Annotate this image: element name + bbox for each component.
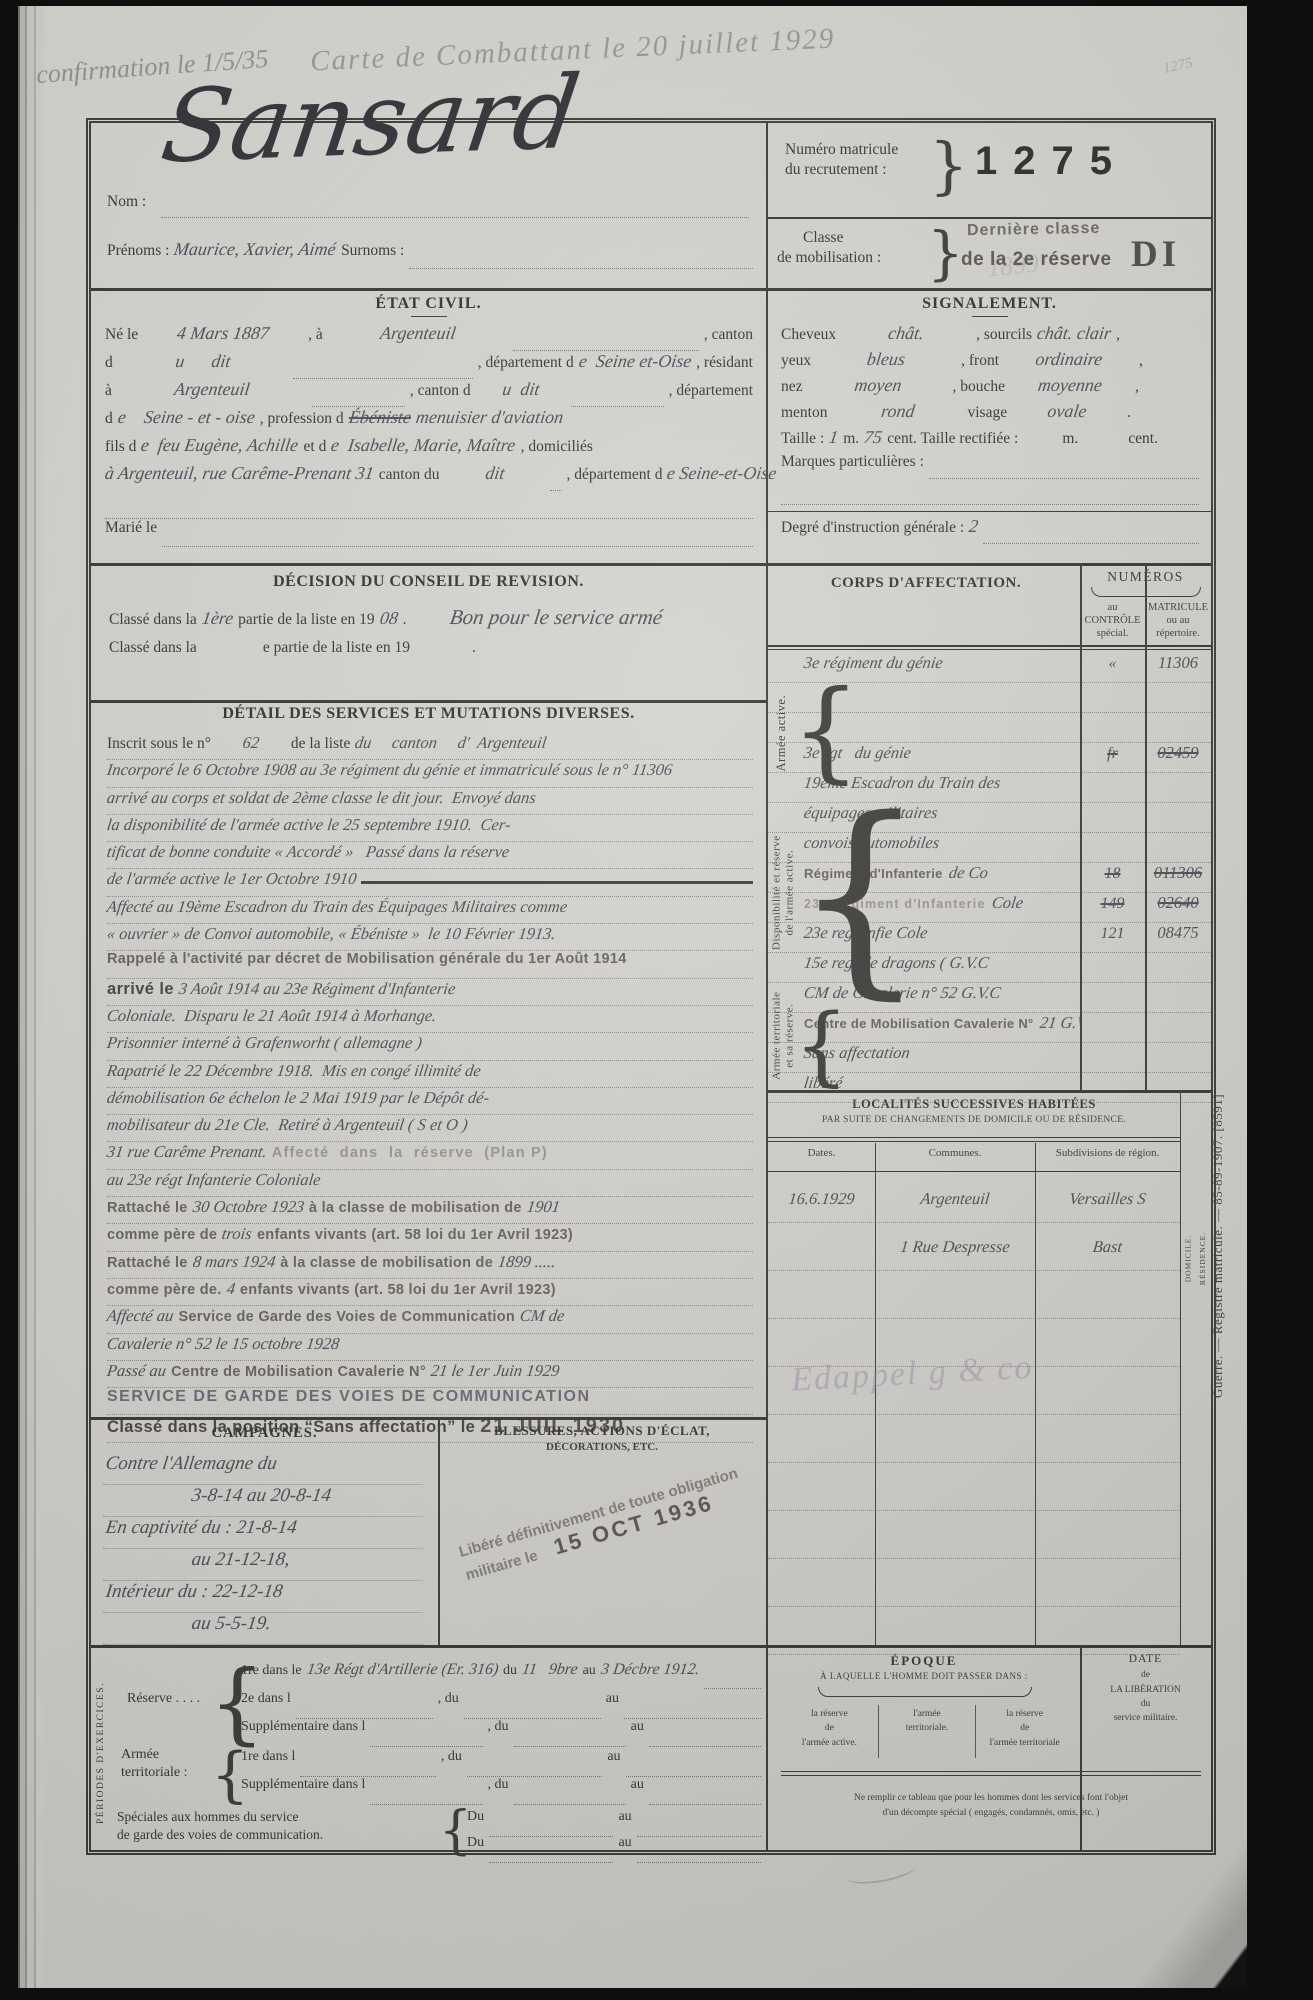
stacked-line: de [978, 1721, 1071, 1735]
nom-dotted-line [161, 191, 749, 218]
text-segment: au [607, 1749, 620, 1765]
text-segment: 8 mars 1924 [191, 1252, 276, 1272]
text-segment: . [472, 639, 476, 657]
text-segment: Affecté au [106, 1306, 175, 1326]
campagnes-title: CAMPAGNES. [91, 1425, 438, 1442]
form-line [105, 491, 753, 519]
form-line: Cavalerie n° 52 le 15 octobre 1928 [107, 1334, 753, 1361]
stacked-line: spécial. [1082, 627, 1143, 640]
matricule-number-cell: 02459 [1145, 743, 1211, 763]
text-segment: 30 Octobre 1923 [191, 1197, 305, 1217]
text-segment: Supplémentaire dans l [241, 1777, 365, 1793]
reserve-label: Réserve . . . . [127, 1691, 200, 1707]
text-segment: au 23e régt Infanterie Coloniale [106, 1170, 322, 1190]
epoque-brace [818, 1687, 1032, 1697]
form-line: Affecté au 19ème Escadron du Train des É… [107, 897, 753, 924]
text-segment [571, 379, 664, 407]
text-segment: , département [669, 382, 753, 400]
text-segment [467, 1749, 602, 1777]
form-line: comme père detroisenfants vivants (art. … [107, 1224, 753, 1251]
text-segment: au [631, 1777, 644, 1793]
localites-row [768, 1415, 1180, 1463]
text-segment: nez [781, 378, 803, 396]
text-segment [649, 1719, 761, 1747]
text-segment [624, 1691, 761, 1719]
matricule-label-2: du recrutement : [785, 161, 887, 179]
text-segment: , résidant [696, 354, 753, 372]
territoriale-label-1: Armée [121, 1747, 159, 1763]
territoriale-brace: { [794, 1003, 849, 1089]
periode-row-3: Supplémentaire dans l, duau [241, 1719, 761, 1747]
etat-civil-title: ÉTAT CIVIL. [91, 295, 766, 317]
text-segment: arrivé le [107, 980, 174, 999]
text-segment: d [105, 354, 113, 372]
text-segment: de l'armée active le 1er Octobre 1910 [106, 869, 358, 889]
corps-affectation-title: CORPS D'AFFECTATION. [791, 575, 1061, 592]
matricule-number-cell: 011306 [1145, 863, 1211, 883]
stacked-line: l'armée active. [783, 1736, 876, 1750]
text-segment: Cavalerie n° 52 le 15 octobre 1928 [106, 1334, 341, 1354]
epoque-note-line1: Ne remplir ce tableau que pour les homme… [777, 1791, 1205, 1806]
text-segment: mobilisateur du 21e Cle. Retiré à Argent… [106, 1115, 469, 1135]
text-segment [296, 1691, 433, 1719]
text-segment: u dit [116, 351, 289, 372]
matricule-repertoire-header: MATRICULEou aurépertoire. [1147, 601, 1209, 640]
decision-bottom-rule [91, 700, 766, 703]
localites-row [768, 1271, 1180, 1319]
text-segment: Cole [990, 893, 1024, 913]
page-corner-curl [1132, 1838, 1247, 1988]
handwritten-line: au 5-5-19. [103, 1613, 427, 1645]
localites-rows: 16.6.1929ArgenteuilVersailles S1 Rue Des… [768, 1175, 1180, 1655]
decision-title: DÉCISION DU CONSEIL DE REVISION. [91, 573, 766, 591]
text-segment [312, 379, 405, 407]
form-line: arrivé le3 Août 1914 au 23e Régiment d'I… [107, 979, 753, 1006]
stacked-line: du [1080, 1697, 1211, 1711]
text-segment: cent. Taille rectifiée : [887, 430, 1018, 448]
periode-row-2: 2e dans l, duau [241, 1691, 761, 1719]
form-line: Marié le [105, 519, 753, 547]
text-segment: Incorporé le 6 Octobre 1908 au 3e régime… [106, 760, 674, 780]
form-line: Classé dans la1èrepartie de la liste en … [109, 605, 751, 639]
text-segment [649, 1777, 761, 1805]
text-segment: à Argenteuil, rue Carême-Prenant 31 [104, 463, 376, 484]
services-lines: Inscrit sous le n°62de la listedu canton… [107, 733, 753, 1443]
form-line: Né le4 Mars 1887, àArgenteuil, canton [105, 323, 753, 351]
text-segment [513, 323, 699, 351]
form-line: Passé auCentre de Mobilisation Cavalerie… [107, 1361, 753, 1388]
bottom-section-rule [91, 1645, 1211, 1648]
form-line: nezmoyen, bouchemoyenne, [781, 375, 1199, 401]
text-segment: , sourcils [976, 326, 1032, 344]
localites-col-communes: Communes. [875, 1147, 1035, 1159]
controle-number-cell: 121 [1080, 925, 1145, 943]
form-line: Inscrit sous le n°62de la listedu canton… [107, 733, 753, 760]
handwritten-line: 3-8-14 au 20-8-14 [103, 1485, 427, 1517]
classe-label-1: Classe [803, 229, 843, 247]
text-segment: Du [467, 1809, 484, 1825]
text-segment [464, 1691, 601, 1719]
text-segment: 1899 ..... [497, 1252, 558, 1272]
text-segment: Rattaché le [107, 1200, 188, 1216]
text-segment [550, 463, 562, 491]
periode-row-4: 1re dans l, duau [241, 1749, 761, 1777]
text-segment: 2e dans l [241, 1691, 291, 1707]
matricule-classe-divider [768, 217, 1211, 219]
form-line: àArgenteuil, canton du dit, département [105, 379, 753, 407]
text-segment [704, 1661, 761, 1689]
text-segment: trois [221, 1224, 253, 1244]
text-segment: « ouvrier » de Convoi automobile, « Ébén… [106, 924, 557, 944]
form-line: démobilisation 6e échelon le 2 Mai 1919 … [107, 1088, 753, 1115]
text-segment: Marques particulières : [781, 453, 924, 471]
form-line: mobilisateur du 21e Cle. Retiré à Argent… [107, 1115, 753, 1142]
localites-cell: Argenteuil [874, 1189, 1036, 1209]
form-line: Prisonnier interné à Grafenworht ( allem… [107, 1033, 753, 1060]
epoque-subcols: la réservedel'armée active.l'arméeterrit… [781, 1705, 1073, 1758]
form-line: Rattaché le8 mars 1924à la classe de mob… [107, 1252, 753, 1279]
text-segment: 1re dans le [241, 1663, 302, 1679]
text-segment: , à [308, 326, 323, 344]
etat-civil-bottom-rule [91, 563, 1211, 566]
text-segment: , du [488, 1777, 509, 1793]
text-segment: yeux [781, 352, 811, 370]
form-line: Rappelé à l'activité par décret de Mobil… [107, 951, 753, 978]
matricule-form: Nom : Sansard Prénoms :Maurice, Xavier, … [86, 118, 1216, 1855]
degre-instruction-line: Degré d'instruction générale :2 [781, 516, 1199, 544]
form-line: Rapatrié le 22 Décembre 1918. Mis en con… [107, 1061, 753, 1088]
text-segment: visage [968, 404, 1008, 422]
text-segment: , bouche [953, 378, 1006, 396]
text-segment: , du [488, 1719, 509, 1735]
text-segment: Affecté au 19ème Escadron du Train des É… [106, 897, 569, 917]
text-segment: Rattaché le [107, 1255, 188, 1271]
text-segment: ovale [1011, 401, 1124, 422]
localites-subtitle: PAR SUITE DE CHANGEMENTS DE DOMICILE OU … [768, 1115, 1180, 1125]
text-segment: 2 [968, 516, 980, 537]
text-segment: Rappelé à l'activité par décret de Mobil… [107, 951, 627, 967]
handwritten-line: En captivité du : 21-8-14 [103, 1517, 427, 1549]
localites-row [768, 1511, 1180, 1559]
text-segment: bleus [815, 349, 958, 370]
text-segment [293, 351, 473, 379]
register-page: confirmation le 1/5/35 Carte de Combatta… [18, 6, 1247, 1988]
text-segment: 1 [828, 427, 840, 448]
text-segment [514, 1777, 626, 1805]
matricule-label-1: Numéro matricule [785, 141, 898, 159]
text-segment: Service de Garde des Voies de Communicat… [178, 1309, 515, 1325]
form-line: la disponibilité de l'armée active le 25… [107, 815, 753, 842]
form-line: fils de feu Eugène, Achilleet de Isabell… [105, 435, 753, 463]
epoque-note-line2: d'un décompte spécial ( engagés, condamn… [777, 1806, 1205, 1821]
periode-row-7: Duau [467, 1835, 761, 1863]
localites-title: LOCALITÉS SUCCESSIVES HABITÉES [768, 1097, 1180, 1112]
matricule-number-cell: 11306 [1145, 653, 1211, 673]
periodes-vlabel: PÉRIODES D'EXERCICES. [96, 1682, 106, 1824]
text-segment: comme père de [107, 1227, 217, 1243]
localites-row [768, 1463, 1180, 1511]
form-line: Cheveuxchât., sourcilschât. clair, [781, 323, 1199, 349]
handwritten-line: au 21-12-18, [103, 1549, 427, 1581]
stacked-line: au [1082, 601, 1143, 614]
text-segment: m. [843, 430, 859, 448]
disponibilite-brace: { [793, 791, 927, 1001]
text-segment: 08 [378, 608, 399, 629]
prenoms-line: Prénoms :Maurice, Xavier, AiméSurnoms : [107, 239, 753, 269]
localites-colhead-rule [768, 1171, 1180, 1172]
scan-background: confirmation le 1/5/35 Carte de Combatta… [0, 0, 1313, 2000]
text-segment: au [631, 1719, 644, 1735]
text-segment: à [105, 382, 112, 400]
classe-label-2: de mobilisation : [777, 249, 881, 267]
text-segment [983, 516, 1199, 544]
text-segment: , canton d [410, 382, 471, 400]
text-segment: moyen [806, 375, 949, 396]
text-segment: 1re dans l [241, 1749, 295, 1765]
form-line: Affecté auService de Garde des Voies de … [107, 1306, 753, 1333]
text-segment: , département d [567, 466, 663, 484]
text-segment: Prénoms : [107, 242, 169, 260]
form-line: tificat de bonne conduite « Accordé » Pa… [107, 842, 753, 869]
text-segment: démobilisation 6e échelon le 2 Mai 1919 … [106, 1088, 491, 1108]
form-line: Coloniale. Disparu le 21 Août 1914 à Mor… [107, 1006, 753, 1033]
text-segment [370, 1719, 482, 1747]
text-segment: 4 Mars 1887 [142, 323, 305, 344]
corps-bottom-rule [768, 1090, 1211, 1093]
text-segment: Affecté dans la réserve (Plan P) [272, 1145, 548, 1161]
text-segment: , [1116, 326, 1120, 344]
text-segment: 11 9bre [521, 1661, 579, 1679]
text-segment: enfants vivants (art. 58 loi du 1er Avri… [240, 1282, 556, 1298]
text-segment: 31 rue Carême Prenant. [106, 1142, 269, 1162]
text-segment: Surnoms : [341, 242, 404, 260]
text-segment: Argenteuil [115, 379, 308, 400]
text-segment [105, 491, 753, 519]
text-segment: CM de [519, 1306, 566, 1326]
header-bottom-rule [91, 288, 1211, 291]
text-segment: au [618, 1809, 631, 1825]
epoque-subtitle: À LAQUELLE L'HOMME DOIT PASSER DANS : [768, 1671, 1080, 1681]
form-line: du dit, département de Seine et-Oise, ré… [105, 351, 753, 379]
text-segment: Taille : [781, 430, 824, 448]
services-title: DÉTAIL DES SERVICES ET MUTATIONS DIVERSE… [91, 705, 766, 723]
epoque-note: Ne remplir ce tableau que pour les homme… [777, 1791, 1205, 1821]
localites-row: 1 Rue DespresseBast [768, 1223, 1180, 1271]
controle-number-cell: « [1080, 655, 1145, 673]
stacked-line: la réserve [783, 1707, 876, 1721]
localites-title-rule2 [768, 1141, 1180, 1142]
text-segment [637, 1809, 761, 1837]
surname-handwritten: Sansard [155, 53, 587, 185]
localites-row: 16.6.1929ArgenteuilVersailles S [768, 1175, 1180, 1223]
speciales-label-1: Spéciales aux hommes du service [117, 1809, 298, 1825]
text-segment: et d [304, 438, 327, 456]
epoque-subcol: la réservedel'armée territoriale [976, 1705, 1073, 1758]
text-segment: . [1127, 404, 1131, 422]
text-segment: fils d [105, 438, 136, 456]
stacked-line: Disponibilité et réserve [770, 836, 783, 951]
stacked-line: CONTRÔLE [1082, 614, 1143, 627]
text-segment: partie de la liste en 19 [238, 611, 374, 629]
signalement-lines: Cheveuxchât., sourcilschât. clair,yeuxbl… [781, 323, 1199, 505]
stacked-line: territoriale. [881, 1721, 974, 1735]
blessures-title: BLESSURES, ACTIONS D'ÉCLAT, [438, 1423, 766, 1439]
controle-special-header: auCONTRÔLEspécial. [1082, 601, 1143, 640]
text-segment [489, 1835, 613, 1863]
periode-row-5: Supplémentaire dans l, duau [241, 1777, 761, 1805]
form-line: de Seine - et - oise, profession dÉbénis… [105, 407, 753, 435]
text-segment: e Seine et-Oise [577, 351, 692, 372]
text-segment: Coloniale. Disparu le 21 Août 1914 à Mor… [106, 1006, 438, 1026]
text-segment [409, 239, 753, 269]
services-bottom-rule [91, 1417, 766, 1420]
text-segment: 1901 [525, 1197, 561, 1217]
text-segment: Centre de Mobilisation Cavalerie N° [171, 1364, 426, 1380]
text-segment: Argenteuil [326, 323, 509, 344]
residence-vlabel-wrap: RÉSIDENCE. [1195, 1183, 1211, 1333]
text-segment: 13e Régt d'Artillerie (Er. 316) [305, 1661, 499, 1679]
localites-col-subdivisions: Subdivisions de région. [1035, 1147, 1180, 1159]
disponibilite-vlabel: Disponibilité et réservede l'armée activ… [770, 836, 795, 951]
text-segment: enfants vivants (art. 58 loi du 1er Avri… [257, 1227, 573, 1243]
stacked-line: répertoire. [1147, 627, 1209, 640]
epoque-subcol: la réservedel'armée active. [781, 1705, 879, 1758]
text-segment: SERVICE DE GARDE DES VOIES DE COMMUNICAT… [107, 1388, 591, 1406]
liberation-stamp: Libéré définitivement de toute obligatio… [457, 1459, 767, 1586]
text-segment: au [583, 1663, 596, 1679]
text-segment: menuisier d'aviation [414, 407, 564, 428]
text-segment: comme père de. [107, 1282, 222, 1298]
stacked-line: de [1080, 1668, 1211, 1682]
text-segment: au [606, 1691, 619, 1707]
text-segment: à la classe de mobilisation de [280, 1255, 493, 1271]
domicile-vlabel-wrap: DOMICILE. [1180, 1183, 1196, 1333]
form-line: à Argenteuil, rue Carême-Prenant 31canto… [105, 463, 753, 491]
controle-number-cell: 149 [1080, 895, 1145, 913]
text-segment: , profession d [260, 410, 344, 428]
text-segment: Passé au [106, 1361, 168, 1381]
text-segment: 21 G.V.C [1038, 1013, 1080, 1033]
text-segment: Classé dans la [109, 611, 197, 629]
text-segment: au [618, 1835, 631, 1851]
text-segment [514, 1719, 626, 1747]
form-line: Taille :1m.75cent. Taille rectifiée :m.c… [781, 427, 1199, 453]
text-segment: tificat de bonne conduite « Accordé » Pa… [106, 842, 511, 862]
pencil-squiggle [845, 1856, 917, 1888]
text-segment: . [403, 611, 407, 629]
stacked-line: l'armée [881, 1707, 974, 1721]
text-segment: Classé dans la [109, 639, 197, 657]
localites-cell: Bast [1034, 1237, 1181, 1257]
text-segment: e Seine-et-Oise [666, 463, 778, 484]
text-segment: , domiciliés [521, 438, 593, 456]
text-segment: ordinaire [1003, 349, 1136, 370]
text-segment: m. [1062, 430, 1078, 448]
text-segment: Supplémentaire dans l [241, 1719, 365, 1735]
text-segment: 75 [863, 427, 884, 448]
text-segment [300, 1749, 435, 1777]
text-segment: , [1135, 378, 1139, 396]
speciales-label-2: de garde des voies de communication. [117, 1827, 323, 1843]
text-segment [929, 453, 1199, 479]
text-segment: de la liste [291, 735, 350, 753]
matricule-number: 1275 [975, 139, 1128, 184]
controle-number-cell: 18 [1080, 865, 1145, 883]
text-segment: arrivé au corps et soldat de 2ème classe… [106, 788, 538, 808]
decision-lines: Classé dans la1èrepartie de la liste en … [109, 605, 751, 673]
text-segment: , du [441, 1749, 462, 1765]
epoque-double-rule [781, 1771, 1201, 1776]
form-line: SERVICE DE GARDE DES VOIES DE COMMUNICAT… [107, 1388, 753, 1415]
stacked-line: MATRICULE [1147, 601, 1209, 614]
form-line: Incorporé le 6 Octobre 1908 au 3e régime… [107, 760, 753, 787]
text-segment: e feu Eugène, Achille [140, 435, 300, 456]
territoriale-label-2: territoriale : [121, 1765, 187, 1781]
text-segment [162, 519, 753, 547]
text-segment: chât. [840, 323, 973, 344]
text-segment [361, 881, 753, 884]
text-segment: 3 Décbre 1912. [600, 1661, 701, 1679]
text-segment: 3 Août 1914 au 23e Régiment d'Infanterie [178, 979, 457, 999]
text-segment [489, 1809, 613, 1837]
book-binding-edge [18, 6, 44, 1988]
localites-title-rule1 [768, 1137, 1180, 1138]
text-segment [637, 1835, 761, 1863]
stacked-line: LA LIBÉRATION [1080, 1683, 1211, 1697]
stacked-line: service militaire. [1080, 1711, 1211, 1725]
text-segment: de Co [947, 863, 989, 883]
form-line: « ouvrier » de Convoi automobile, « Ébén… [107, 924, 753, 951]
text-segment: 21 le 1er Juin 1929 [430, 1361, 561, 1381]
text-segment: Maurice, Xavier, Aimé [173, 239, 338, 260]
text-segment: Inscrit sous le n° [107, 735, 211, 753]
stacked-line: l'armée territoriale [978, 1736, 1071, 1750]
classe-stamp-line1: Dernière classe [967, 220, 1101, 240]
handwritten-line: Contre l'Allemagne du [103, 1453, 427, 1485]
text-segment: du canton d' Argenteuil [354, 733, 548, 753]
localites-col-dates: Dates. [768, 1147, 875, 1159]
stacked-line: de [783, 1721, 876, 1735]
localites-cell: 16.6.1929 [767, 1189, 876, 1209]
text-segment: canton du [379, 466, 440, 484]
text-segment: , [1139, 352, 1143, 370]
matricule-number-cell: 02640 [1145, 893, 1211, 913]
form-line [781, 479, 1199, 505]
classe-brace: } [927, 219, 964, 287]
text-segment [626, 1749, 761, 1777]
text-segment: menton [781, 404, 828, 422]
text-segment: rond [831, 401, 964, 422]
text-segment: Prisonnier interné à Grafenworht ( allem… [106, 1033, 424, 1053]
text-segment: à la classe de mobilisation de [309, 1200, 522, 1216]
text-segment: 1ère [200, 608, 234, 629]
text-segment: Rapatrié le 22 Décembre 1918. Mis en con… [106, 1061, 483, 1081]
etat-civil-lines: Né le4 Mars 1887, àArgenteuil, cantondu … [105, 323, 753, 547]
stacked-line: la réserve [978, 1707, 1071, 1721]
text-segment: Né le [105, 326, 138, 344]
form-line: yeuxbleus, frontordinaire, [781, 349, 1199, 375]
text-segment: e Isabelle, Marie, Maître [330, 435, 517, 456]
form-line: arrivé au corps et soldat de 2ème classe… [107, 788, 753, 815]
form-line: mentonrondvisageovale. [781, 401, 1199, 427]
signalement-title: SIGNALEMENT. [768, 295, 1211, 317]
form-line: Rattaché le30 Octobre 1923à la classe de… [107, 1197, 753, 1224]
text-segment: la disponibilité de l'armée active le 25… [106, 815, 512, 835]
text-segment: u dit [474, 379, 567, 400]
text-segment: Degré d'instruction générale : [781, 519, 964, 537]
epoque-date-col: DATEdeLA LIBÉRATIONduservice militaire. [1080, 1651, 1211, 1725]
localites-cell: Versailles S [1034, 1189, 1181, 1209]
